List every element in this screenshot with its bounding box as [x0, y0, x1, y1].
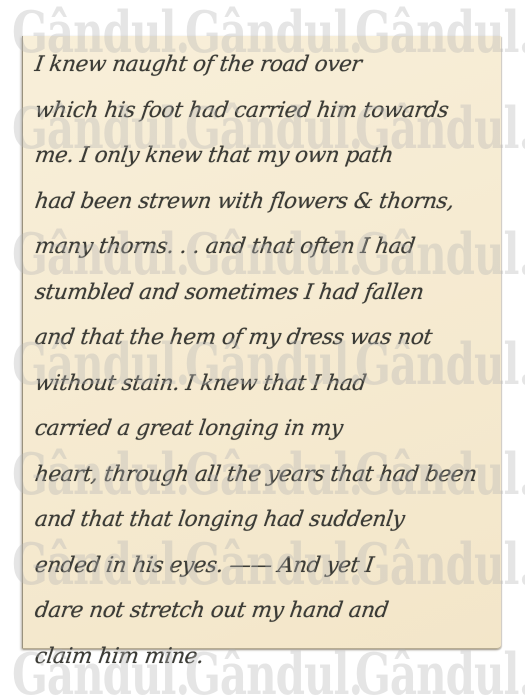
- text-line: heart, through all the years that had be…: [32, 452, 498, 498]
- text-line: and that the hem of my dress was not: [32, 315, 498, 361]
- text-line: many thorns. . . and that often I had: [32, 224, 498, 270]
- text-line: ended in his eyes. —— And yet I: [32, 543, 498, 589]
- text-line: had been strewn with flowers & thorns,: [32, 179, 498, 225]
- letter-page: I knew naught of the road over which his…: [22, 36, 501, 649]
- text-line: I knew naught of the road over: [32, 42, 498, 88]
- text-line: and that that longing had suddenly: [32, 497, 498, 543]
- text-line: without stain. I knew that I had: [32, 361, 498, 407]
- text-line: me. I only knew that my own path: [32, 133, 498, 179]
- text-line: which his foot had carried him towards: [32, 88, 498, 134]
- text-line: carried a great longing in my: [32, 406, 498, 452]
- text-line: stumbled and sometimes I had fallen: [32, 270, 498, 316]
- text-line: dare not stretch out my hand and: [32, 588, 498, 634]
- handwritten-text: I knew naught of the road over which his…: [35, 42, 495, 679]
- text-line: claim him mine.: [32, 634, 498, 680]
